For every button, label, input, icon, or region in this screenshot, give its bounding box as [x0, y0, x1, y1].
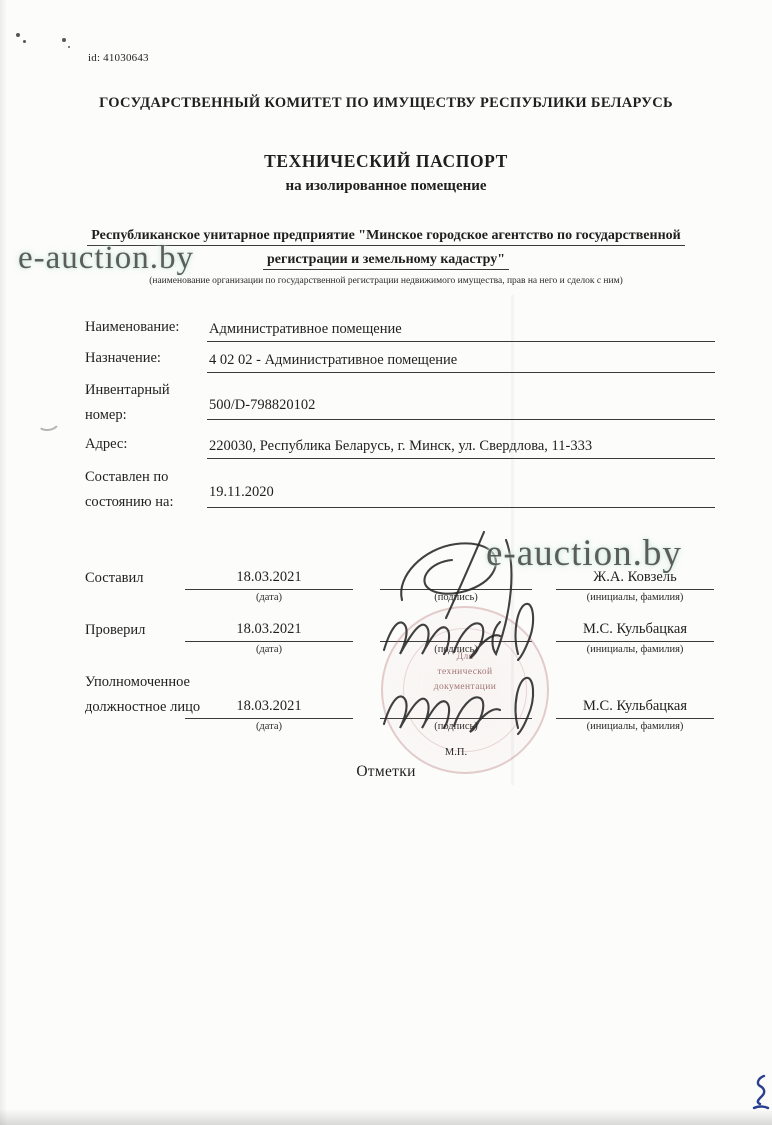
signature-name: Ж.А. Ковзель [556, 569, 714, 590]
field-value: 19.11.2020 [207, 484, 715, 508]
signature-date: 18.03.2021 [185, 621, 353, 642]
name-caption: (инициалы, фамилия) [556, 592, 714, 603]
seal-caption: М.П. [380, 747, 532, 758]
signature-line [380, 586, 532, 590]
field-value: 500/D-798820102 [207, 397, 715, 420]
stamp-text-line: Для [383, 652, 547, 662]
field-label: Адрес: [85, 432, 203, 457]
field-row-name: Наименование: Административное помещение [85, 315, 715, 342]
field-row-inventory-number: Инвентарный номер: 500/D-798820102 [85, 378, 715, 420]
committee-header: ГОСУДАРСТВЕННЫЙ КОМИТЕТ ПО ИМУЩЕСТВУ РЕС… [0, 95, 772, 112]
page-bottom-shadow [0, 1109, 772, 1125]
ink-speck [23, 40, 26, 43]
date-caption: (дата) [185, 592, 353, 603]
notes-heading: Отметки [0, 763, 772, 781]
signature-name: М.С. Кульбацкая [556, 698, 714, 719]
signature-sign-col: (подпись) [380, 558, 532, 590]
ink-speck [62, 38, 66, 42]
crescent-scan-mark [35, 410, 61, 432]
date-caption: (дата) [185, 721, 353, 732]
org-name-line-2-wrap: регистрации и земельному кадастру" [0, 252, 772, 270]
document-id-label: id: 41030643 [88, 52, 149, 64]
signature-name: М.С. Кульбацкая [556, 621, 714, 642]
stamp-text-line: технической [383, 667, 547, 677]
org-name-line-1-wrap: Республиканское унитарное предприятие "М… [0, 228, 772, 246]
ink-speck [68, 46, 70, 48]
field-row-as-of-date: Составлен по состоянию на: 19.11.2020 [85, 465, 715, 508]
field-label: Инвентарный номер: [85, 378, 203, 428]
signature-date-col: 18.03.2021 (дата) [185, 687, 353, 719]
signature-date-col: 18.03.2021 (дата) [185, 558, 353, 590]
signature-date-col: 18.03.2021 (дата) [185, 610, 353, 642]
signature-name-col: М.С. Кульбацкая (инициалы, фамилия) [556, 610, 714, 642]
signature-name-col: М.С. Кульбацкая (инициалы, фамилия) [556, 687, 714, 719]
org-name-line-2: регистрации и земельному кадастру" [263, 252, 509, 270]
signature-date: 18.03.2021 [185, 569, 353, 590]
passport-title: ТЕХНИЧЕСКИЙ ПАСПОРТ [0, 151, 772, 172]
field-row-address: Адрес: 220030, Республика Беларусь, г. М… [85, 432, 715, 459]
field-row-purpose: Назначение: 4 02 02 - Административное п… [85, 346, 715, 373]
field-label: Наименование: [85, 315, 203, 340]
field-value: 4 02 02 - Административное помещение [207, 352, 715, 373]
stamp-text-line: документации [383, 682, 547, 692]
org-name-caption: (наименование организации по государстве… [0, 276, 772, 286]
name-caption: (инициалы, фамилия) [556, 644, 714, 655]
document-page: id: 41030643 ГОСУДАРСТВЕННЫЙ КОМИТЕТ ПО … [0, 0, 772, 1125]
corner-pen-mark [750, 1072, 772, 1112]
field-label: Назначение: [85, 346, 203, 371]
passport-subtitle: на изолированное помещение [0, 178, 772, 195]
sign-caption: (подпись) [380, 592, 532, 603]
name-caption: (инициалы, фамилия) [556, 721, 714, 732]
field-value: 220030, Республика Беларусь, г. Минск, у… [207, 438, 715, 459]
field-value: Административное помещение [207, 321, 715, 342]
signature-date: 18.03.2021 [185, 698, 353, 719]
signature-name-col: Ж.А. Ковзель (инициалы, фамилия) [556, 558, 714, 590]
ink-speck [16, 33, 20, 37]
org-name-line-1: Республиканское унитарное предприятие "М… [87, 228, 684, 246]
date-caption: (дата) [185, 644, 353, 655]
field-label: Составлен по состоянию на: [85, 465, 203, 515]
